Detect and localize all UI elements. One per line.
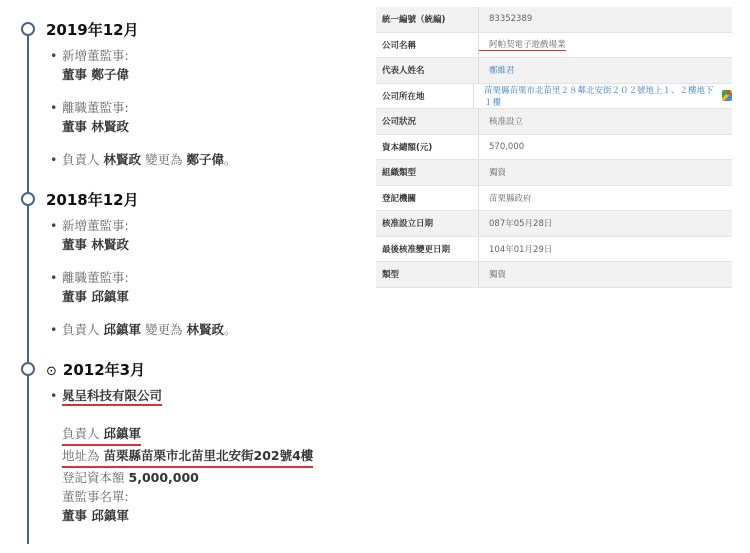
timeline-node-icon xyxy=(21,22,35,36)
address-link[interactable]: 苗栗縣苗栗市北苗里２８鄰北安街２０２號地上１、２樓地下１樓 xyxy=(474,84,732,108)
timeline-date: 2018年12月 xyxy=(46,189,139,210)
list-item: 負責人 邱鎮軍 變更為 林賢政。 xyxy=(50,320,237,339)
list-item: 晁呈科技有限公司 xyxy=(50,386,162,405)
timeline: 2019年12月 新增董監事:董事 鄭子偉 離職董監事:董事 林賢政 負責人 林… xyxy=(0,0,370,553)
list-item: 新增董監事:董事 林賢政 xyxy=(50,216,237,254)
timeline-date: 2019年12月 xyxy=(46,19,139,40)
table-row: 公司狀況核准設立 xyxy=(376,109,732,135)
list-item: 離職董監事:董事 邱鎮軍 xyxy=(50,268,237,306)
timeline-date: ⊙2012年3月 xyxy=(46,359,145,380)
table-row: 核准設立日期087年05月28日 xyxy=(376,211,732,237)
table-row: 組織類型獨資 xyxy=(376,160,732,186)
table-row: 代表人姓名鄭維君 xyxy=(376,58,732,84)
list-item: 離職董監事:董事 林賢政 xyxy=(50,98,237,136)
company-details: 負責人 邱鎮軍 地址為 苗栗縣苗栗市北苗里北安街202號4樓 登記資本額 5,0… xyxy=(62,424,313,525)
list-item: 負責人 林賢政 變更為 鄭子偉。 xyxy=(50,150,237,169)
table-row: 統一編號（統編)83352389 xyxy=(376,7,732,33)
google-maps-icon[interactable] xyxy=(722,90,732,101)
address-line: 地址為 苗栗縣苗栗市北苗里北安街202號4樓 xyxy=(62,446,313,468)
owner-line: 負責人 邱鎮軍 xyxy=(62,424,141,446)
table-row: 資本總額(元)570,000 xyxy=(376,135,732,161)
company-info-table: 統一編號（統編)83352389 公司名稱阿帕契電子遊戲場業 代表人姓名鄭維君 … xyxy=(376,7,732,288)
event-list: 新增董監事:董事 鄭子偉 離職董監事:董事 林賢政 負責人 林賢政 變更為 鄭子… xyxy=(50,46,237,183)
table-row: 公司名稱阿帕契電子遊戲場業 xyxy=(376,33,732,59)
timeline-node-icon xyxy=(21,192,35,206)
representative-link[interactable]: 鄭維君 xyxy=(479,64,515,76)
timeline-node-icon xyxy=(21,362,35,376)
company-name: 晁呈科技有限公司 xyxy=(62,388,162,406)
clock-icon: ⊙ xyxy=(46,364,57,379)
table-row: 類型獨資 xyxy=(376,262,732,288)
event-list: 晁呈科技有限公司 xyxy=(50,386,162,419)
table-row: 登記機關苗栗縣政府 xyxy=(376,186,732,212)
event-list: 新增董監事:董事 林賢政 離職董監事:董事 邱鎮軍 負責人 邱鎮軍 變更為 林賢… xyxy=(50,216,237,353)
list-item: 新增董監事:董事 鄭子偉 xyxy=(50,46,237,84)
table-row: 最後核准變更日期104年01月29日 xyxy=(376,237,732,263)
table-row: 公司所在地苗栗縣苗栗市北苗里２８鄰北安街２０２號地上１、２樓地下１樓 xyxy=(376,84,732,110)
timeline-line xyxy=(27,34,29,544)
